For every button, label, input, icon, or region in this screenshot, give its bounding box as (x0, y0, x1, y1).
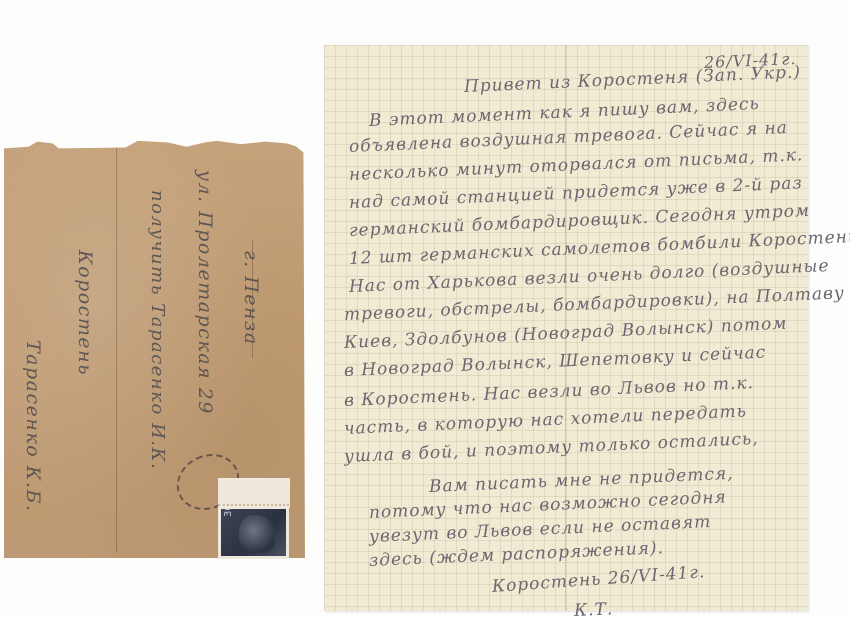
letter-signature: К.Т. (574, 599, 614, 618)
letter-date-top: 26/VI-41г. (704, 49, 797, 72)
envelope-city: г. Пенза (240, 250, 262, 346)
envelope-street: ул. Пролетарская 29 (194, 170, 216, 415)
letter-signature-date: Коростень 26/VI-41г. (491, 562, 706, 597)
stamp-figure (239, 515, 275, 553)
stamp-value: 30 коп (223, 509, 234, 517)
envelope-sender-name: Тарасенко К.Б. (22, 340, 44, 512)
postage-stamp: 30 коп (218, 504, 289, 559)
letter-sheet: Привет из Коростеня (Зап. Укр.) 26/VI-41… (324, 45, 808, 611)
envelope-crease (116, 148, 117, 552)
stamp-image: 30 коп (221, 509, 286, 556)
envelope-recipient: получить Тарасенко И.К. (147, 190, 168, 470)
envelope-sender-city: Коростень (74, 250, 96, 376)
